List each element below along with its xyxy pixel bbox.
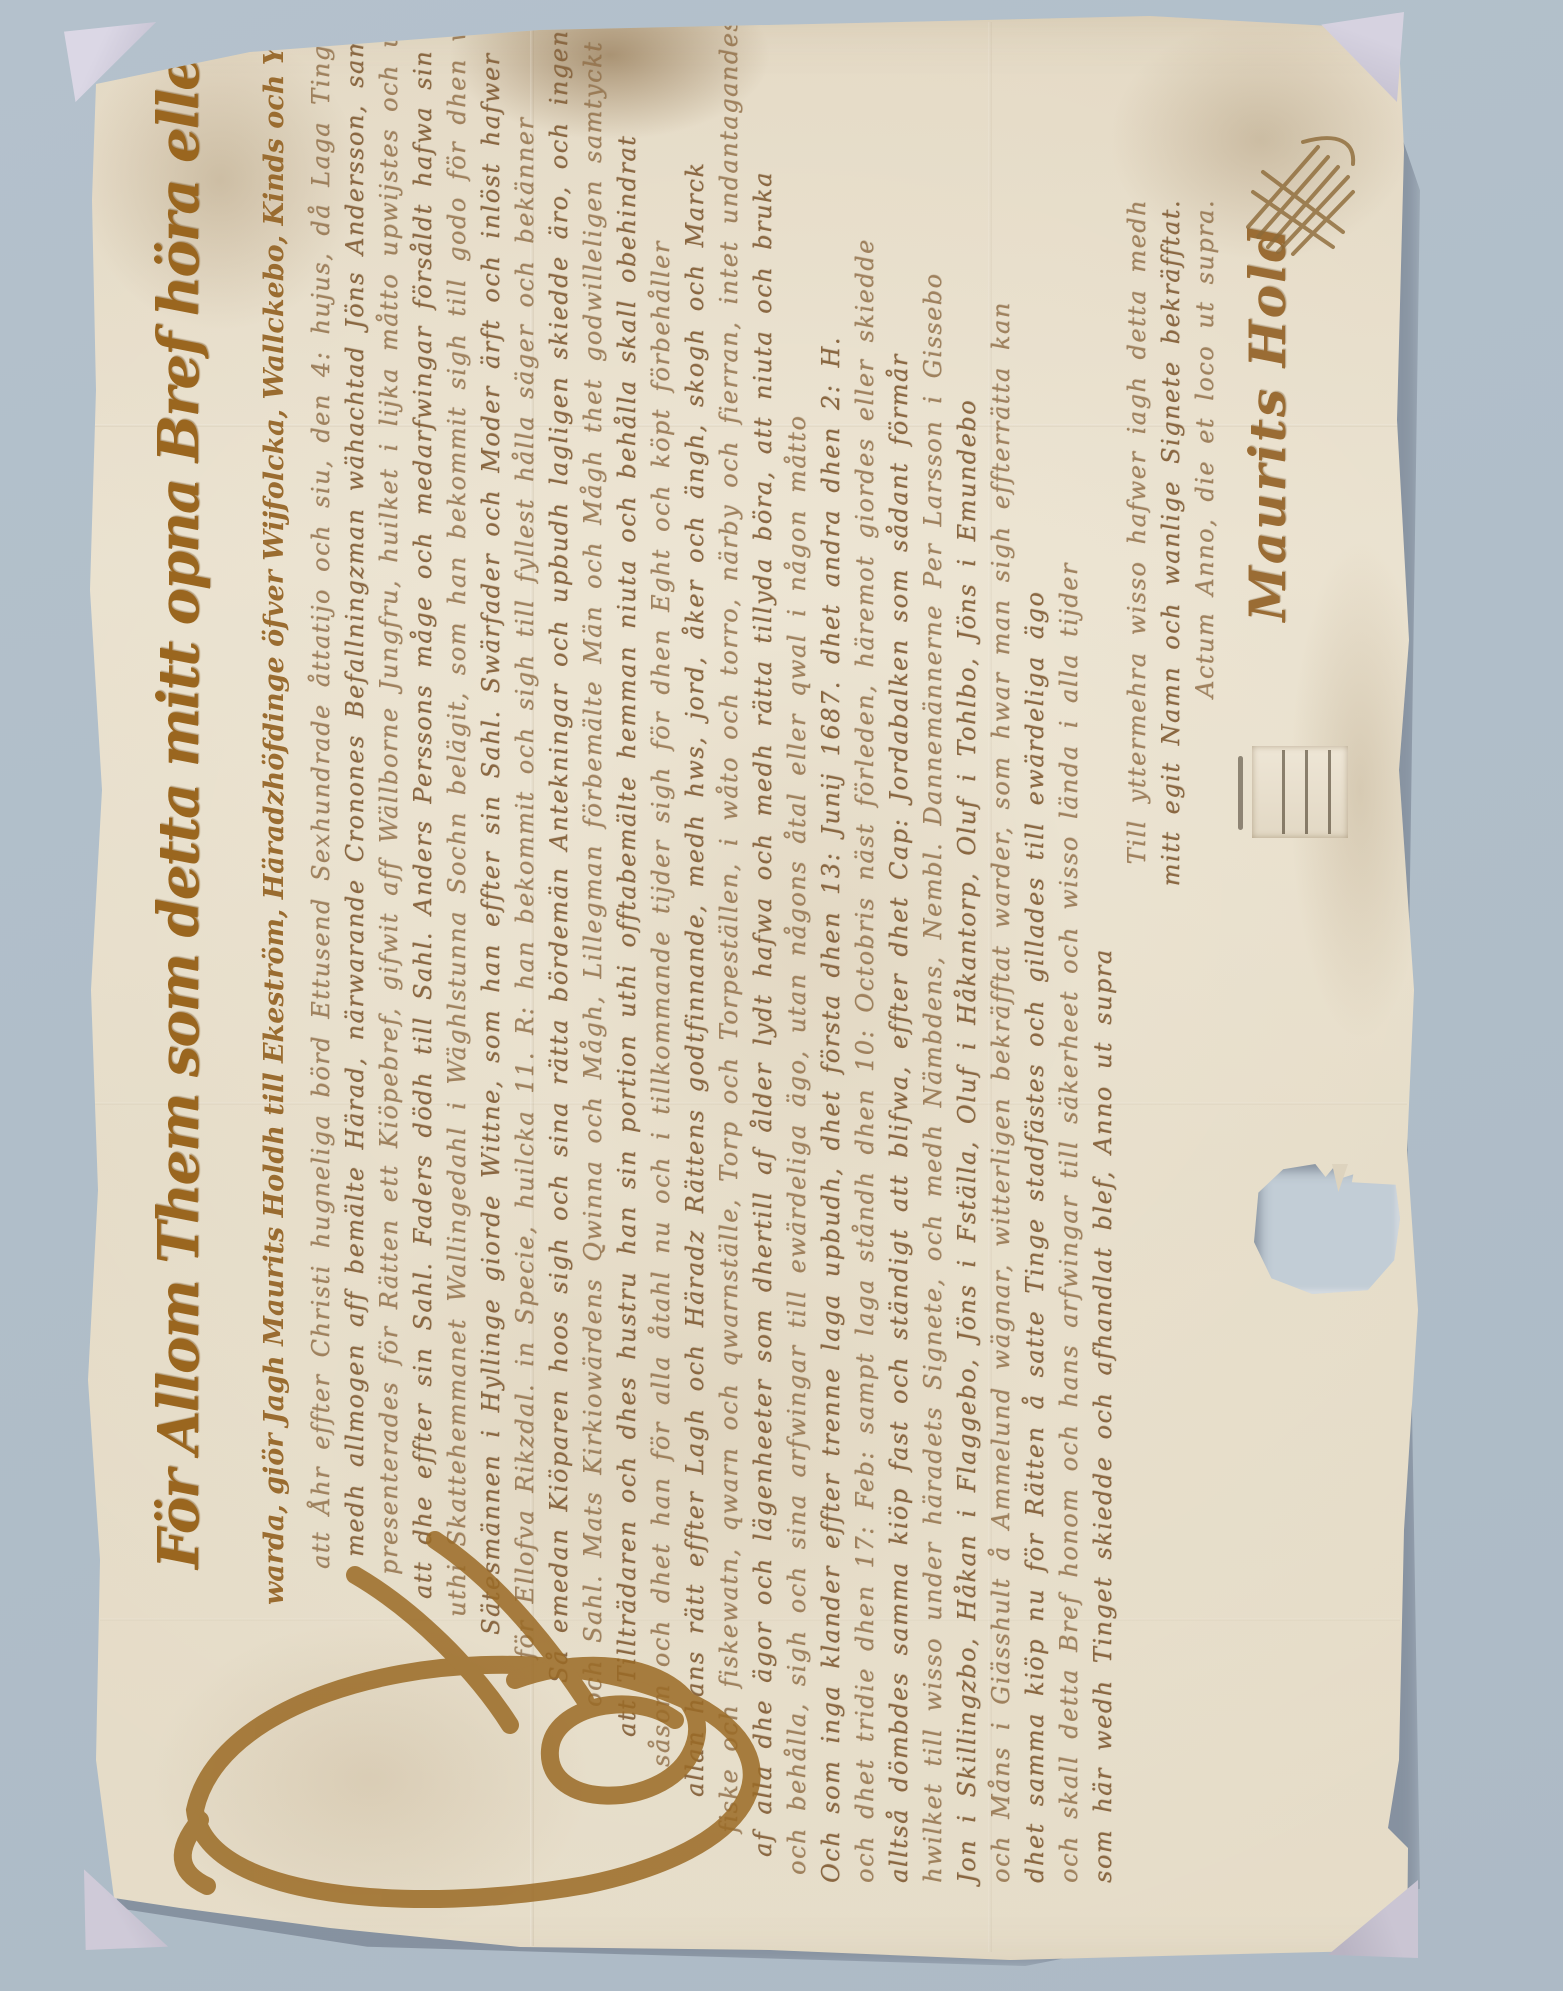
photo-background: För Allom Them som detta mitt opna Bref …	[0, 0, 1563, 1991]
ornamental-initial-flourish	[115, 1520, 815, 1920]
manuscript-line: Actum Anno, die et loco ut supra.	[1188, 115, 1222, 1905]
manuscript-line: alltså dömbdes samma kiöp fast och ständ…	[882, 115, 916, 1905]
manuscript-line: Till yttermehra wisso hafwer iagh detta …	[1120, 115, 1154, 1905]
seal-tongue-slits	[1252, 746, 1348, 838]
manuscript-line: och skall detta Bref honom och hans arfw…	[1052, 115, 1086, 1905]
manuscript-line: hwilket till wisso under häradets Signet…	[916, 115, 950, 1905]
manuscript-line: och dhet tridie dhen 17: Feb: sampt laga…	[848, 115, 882, 1905]
parchment-sheet: För Allom Them som detta mitt opna Bref …	[0, 0, 1563, 1991]
signature-hatch-flourish	[1243, 132, 1361, 260]
manuscript-line: och Måns i Giässhult å Ammelund wägnar, …	[984, 115, 1018, 1905]
parchment-hole	[1254, 1164, 1400, 1294]
manuscript-line: mitt egit Namn och wanlige Signete bekrä…	[1154, 115, 1188, 1905]
manuscript-line: som här wedh Tinget skiedde och afhandla…	[1086, 115, 1120, 1905]
manuscript-line: Och som inga klander effter trenne laga …	[814, 115, 848, 1905]
seal-slit	[1238, 756, 1243, 830]
manuscript-line: dhet samma kiöp nu för Rätten å satte Ti…	[1018, 115, 1052, 1905]
signature: Maurits Hold	[1222, 115, 1322, 1905]
manuscript-line: Jon i Skillingzbo, Håkan i Flaggebo, Jön…	[950, 115, 984, 1905]
